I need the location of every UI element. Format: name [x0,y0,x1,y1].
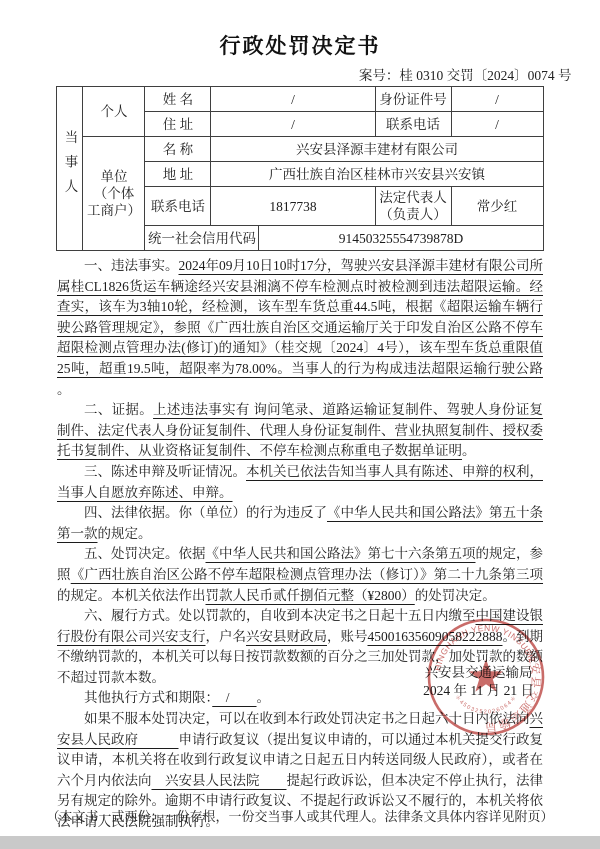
decision-body: 一、违法事实。2024年09月10日10时17分，驾驶兴安县泽源丰建材有限公司所… [57,256,543,833]
issuing-authority: 兴安县交通运输局 [423,664,534,682]
org-address-label: 地 址 [145,162,211,187]
penalty-mid2: 的规定。本机关依法作出 [57,588,206,603]
phone-label: 联系电话 [375,112,451,137]
penalty-amount: 罚款人民币贰仟捌佰元整（¥2800） [206,588,415,603]
credit-code-value: 91450325554739878D [259,226,543,251]
decision-date: 2024 年 11 月 21 日 [423,682,534,700]
penalty-decision-paragraph: 五、处罚决定。依据《中华人民共和国公路法》第七十六条第五项的规定，参照《广西壮族… [57,544,543,606]
org-address-value: 广西壮族自治区桂林市兴安县兴安镇 [211,162,543,187]
id-number-label: 身份证件号 [375,87,451,112]
other-methods-fill: / [212,690,256,705]
other-methods-tail: 。 [257,690,271,705]
penalty-lead: 五、处罚决定。依据 [84,546,206,561]
appeal-lead: 如果不服本处罚决定，可以在收到本行政处罚决定书之日起六十日内依法向 [84,711,530,726]
facts-lead: 一、违法事实。 [84,258,179,273]
case-number: 案号：桂 0310 交罚〔2024〕0074 号 [29,64,572,84]
facts-paragraph: 一、违法事实。2024年09月10日10时17分，驾驶兴安县泽源丰建材有限公司所… [57,256,543,400]
table-row: 当事人 个人 姓 名 / 身份证件号 / [57,87,543,112]
penalty-decision-document: 行政处罚决定书 案号：桂 0310 交罚〔2024〕0074 号 当事人 个人 … [0,0,600,849]
penalty-law2: 《广西壮族自治区公路不停车超限检测点管理办法（修订）》第二十九条第三项 [71,567,543,582]
org-phone-label: 联系电话 [145,187,211,226]
payment-lead: 六、履行方式。处以罚款的，自收到本决定书之日起十五日内缴至 [84,608,476,623]
scan-edge-bar [0,836,600,849]
penalty-law1: 《中华人民共和国公路法》第七十六条第五项 [206,546,476,561]
legal-rep-label: 法定代表人 （负责人） [375,187,451,226]
other-methods-lead: 其他执行方式和期限： [84,690,212,705]
address-value: / [211,112,375,137]
facts-tail: 。 [57,382,71,397]
individual-label-cell: 个人 [83,87,145,137]
party-label: 当事人 [61,130,78,204]
payment-account-name: 兴安县财政局 [246,629,327,644]
statement-paragraph: 三、陈述申辩及听证情况。本机关已依法告知当事人具有陈述、申辩的权利，当事人自愿放… [57,462,543,503]
phone-value: / [451,112,543,137]
penalty-tail: 的处罚决定。 [415,588,496,603]
table-row: 单位 （个体 工商户） 名 称 兴安县泽源丰建材有限公司 [57,137,543,162]
name-value: / [211,87,375,112]
org-phone-value: 1817738 [211,187,375,226]
legal-rep-value: 常少红 [451,187,543,226]
evidence-lead: 二、证据。 [84,402,153,417]
org-name-value: 兴安县泽源丰建材有限公司 [211,137,543,162]
document-title: 行政处罚决定书 [0,30,600,60]
address-label: 住 址 [145,112,211,137]
evidence-tail: 。 [462,443,476,458]
org-name-label: 名 称 [145,137,211,162]
payment-account-no: 45001635609058222888 [368,629,503,644]
footer-note: （本文书一式两份：一份存根，一份交当事人或其代理人。法律条文具体内容详见附页） [0,806,600,825]
payment-mid1: ，户名 [206,629,247,644]
evidence-paragraph: 二、证据。上述违法事实有 询问笔录、道路运输证复制件、驾驶人身份证复制件、法定代… [57,400,543,462]
id-number-value: / [451,87,543,112]
legal-basis-tail: 的规定。 [98,526,152,541]
party-info-table: 当事人 个人 姓 名 / 身份证件号 / 住 址 / 联系电话 / 单位 （个体… [56,86,543,251]
statement-lead: 三、陈述申辩及听证情况。 [84,464,246,479]
party-label-cell: 当事人 [57,87,83,251]
name-label: 姓 名 [145,87,211,112]
legal-basis-lead: 四、法律依据。你（单位）的行为违反了 [84,505,327,520]
signature-block: 兴安县交通运输局 2024 年 11 月 21 日 [423,664,534,700]
facts-fill: 2024年09月10日10时17分，驾驶兴安县泽源丰建材有限公司所属桂CL182… [57,258,543,376]
appeal-court: 兴安县人民法院 [152,773,287,788]
unit-label-cell: 单位 （个体 工商户） [83,137,145,251]
payment-mid2: ，账号 [327,629,368,644]
legal-basis-paragraph: 四、法律依据。你（单位）的行为违反了《中华人民共和国公路法》第五十条第一款的规定… [57,503,543,544]
credit-code-label: 统一社会信用代码 [145,226,259,251]
